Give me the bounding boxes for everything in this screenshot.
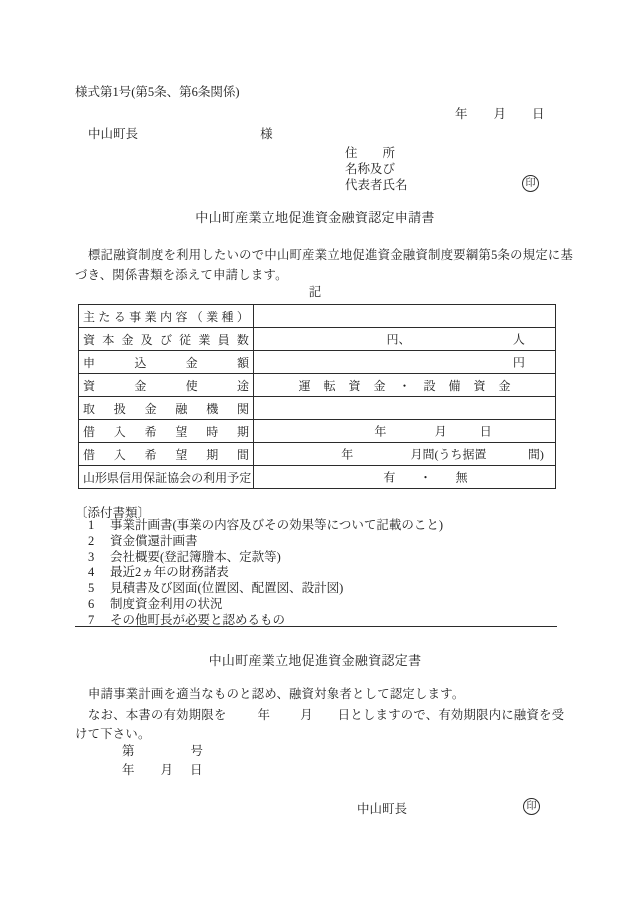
row-label: 取扱金融機関 <box>83 400 249 417</box>
row-label: 資金使途 <box>83 377 249 394</box>
application-title: 中山町産業立地促進資金融資認定申請書 <box>0 207 630 226</box>
item-text: 見積書及び図面(位置図、配置図、設計図) <box>110 581 343 597</box>
application-table: 主たる事業内容（業種） 資本金及び従業員数 円、 人 申込金額 円 資金使途 運… <box>78 304 556 489</box>
month-label: 月 <box>300 708 313 722</box>
year-label: 年 <box>455 104 468 122</box>
table-row-guarantee: 山形県信用保証協会の利用予定 有 ・ 無 <box>79 466 556 489</box>
attachment-item: 2資金償還計画書 <box>88 534 443 550</box>
certificate-title: 中山町産業立地促進資金融資認定書 <box>0 650 630 669</box>
attachments-list: 1事業計画書(事業の内容及びその効果等について記載のこと) 2資金償還計画書 3… <box>88 518 443 629</box>
day-label: 日 <box>480 423 492 440</box>
validity-prefix: なお、本書の有効期限を <box>88 708 227 722</box>
day-label: 日 <box>190 763 203 777</box>
honorific: 様 <box>260 127 273 141</box>
record-mark: 記 <box>0 282 630 300</box>
row-label: 借入希望期間 <box>83 446 249 463</box>
day-label: 日 <box>338 708 351 722</box>
attachment-item: 1事業計画書(事業の内容及びその効果等について記載のこと) <box>88 518 443 534</box>
item-number: 4 <box>88 565 110 581</box>
day-label: 日 <box>532 104 545 122</box>
seal-mark-icon: 印 <box>522 175 539 192</box>
item-number: 1 <box>88 518 110 534</box>
item-number: 3 <box>88 550 110 566</box>
application-body-line1: 標記融資制度を利用したいので中山町産業立地促進資金融資制度要綱第5条の規定に基 <box>88 245 573 263</box>
validity-suffix: としますので、有効期限内に融資を受 <box>350 708 564 722</box>
address-label: 住 所 <box>345 145 408 161</box>
item-text: 制度資金利用の状況 <box>110 597 223 613</box>
item-number: 6 <box>88 597 110 613</box>
row-label: 主たる事業内容（業種） <box>83 308 249 325</box>
person-unit: 人 <box>513 331 525 348</box>
signer-title: 中山町長 <box>357 799 407 817</box>
yen-unit: 円、 <box>386 331 410 348</box>
number-prefix: 第 <box>122 744 135 758</box>
row-label: 山形県信用保証協会の利用予定 <box>83 469 249 486</box>
application-body-line2: づき、関係書類を添えて申請します。 <box>75 265 288 283</box>
section-divider <box>75 626 557 627</box>
certificate-line1: 申請事業計画を適当なものと認め、融資対象者として認定します。 <box>88 684 464 702</box>
separator-dot: ・ <box>420 469 432 486</box>
row-value: 年 月間(うち据置 間) <box>254 443 556 466</box>
certificate-number-line: 第号 <box>122 741 203 759</box>
item-text: 資金償還計画書 <box>110 534 198 550</box>
table-row-business: 主たる事業内容（業種） <box>79 305 556 328</box>
item-text: 会社概要(登記簿謄本、定款等) <box>110 550 281 566</box>
table-row-loan-date: 借入希望時期 年 月 日 <box>79 420 556 443</box>
no-option: 無 <box>456 469 468 486</box>
row-value: 円、 人 <box>254 328 556 351</box>
row-value: 有 ・ 無 <box>254 466 556 489</box>
certificate-date-line: 年月日 <box>122 760 203 778</box>
item-text: 事業計画書(事業の内容及びその効果等について記載のこと) <box>110 518 443 534</box>
year-label: 年 <box>341 446 353 463</box>
row-label: 資本金及び従業員数 <box>83 331 249 348</box>
table-row-capital: 資本金及び従業員数 円、 人 <box>79 328 556 351</box>
month-label: 月 <box>161 763 174 777</box>
item-number: 2 <box>88 534 110 550</box>
attachment-item: 6制度資金利用の状況 <box>88 597 443 613</box>
attachment-item: 3会社概要(登記簿謄本、定款等) <box>88 550 443 566</box>
table-row-bank: 取扱金融機関 <box>79 397 556 420</box>
number-suffix: 号 <box>191 744 204 758</box>
yes-option: 有 <box>383 469 395 486</box>
months-deferment-label: 月間(うち据置 <box>411 446 487 463</box>
table-row-amount: 申込金額 円 <box>79 351 556 374</box>
yen-unit: 円 <box>513 354 525 371</box>
date-line-top: 年 月 日 <box>455 104 545 122</box>
form-number: 様式第1号(第5条、第6条関係) <box>75 82 240 100</box>
addressee-line: 中山町長 様 <box>88 124 273 142</box>
item-text: 最近2ヵ年の財務諸表 <box>110 565 229 581</box>
row-label: 借入希望時期 <box>83 423 249 440</box>
term-close-label: 間) <box>528 446 544 463</box>
seal-mark-icon: 印 <box>523 798 540 815</box>
certificate-line3: けて下さい。 <box>75 724 151 742</box>
addressee: 中山町長 <box>88 127 138 141</box>
certificate-line2: なお、本書の有効期限を年月日としますので、有効期限内に融資を受 <box>88 705 564 723</box>
table-row-purpose: 資金使途 運転資金・設備資金 <box>79 374 556 397</box>
row-value: 運転資金・設備資金 <box>254 374 556 397</box>
row-label: 申込金額 <box>83 354 249 371</box>
attachment-item: 5見積書及び図面(位置図、配置図、設計図) <box>88 581 443 597</box>
year-label: 年 <box>122 763 135 777</box>
row-value: 円 <box>254 351 556 374</box>
row-value <box>254 305 556 328</box>
item-number: 5 <box>88 581 110 597</box>
row-value: 年 月 日 <box>254 420 556 443</box>
month-label: 月 <box>435 423 447 440</box>
year-label: 年 <box>258 708 271 722</box>
name-label: 名称及び <box>345 161 408 177</box>
year-label: 年 <box>374 423 386 440</box>
attachment-item: 4最近2ヵ年の財務諸表 <box>88 565 443 581</box>
representative-label: 代表者氏名 <box>345 177 408 193</box>
applicant-block: 住 所 名称及び 代表者氏名 <box>345 145 408 194</box>
row-value <box>254 397 556 420</box>
month-label: 月 <box>494 104 507 122</box>
table-row-loan-term: 借入希望期間 年 月間(うち据置 間) <box>79 443 556 466</box>
application-form-page: 様式第1号(第5条、第6条関係) 年 月 日 中山町長 様 住 所 名称及び 代… <box>0 0 630 915</box>
